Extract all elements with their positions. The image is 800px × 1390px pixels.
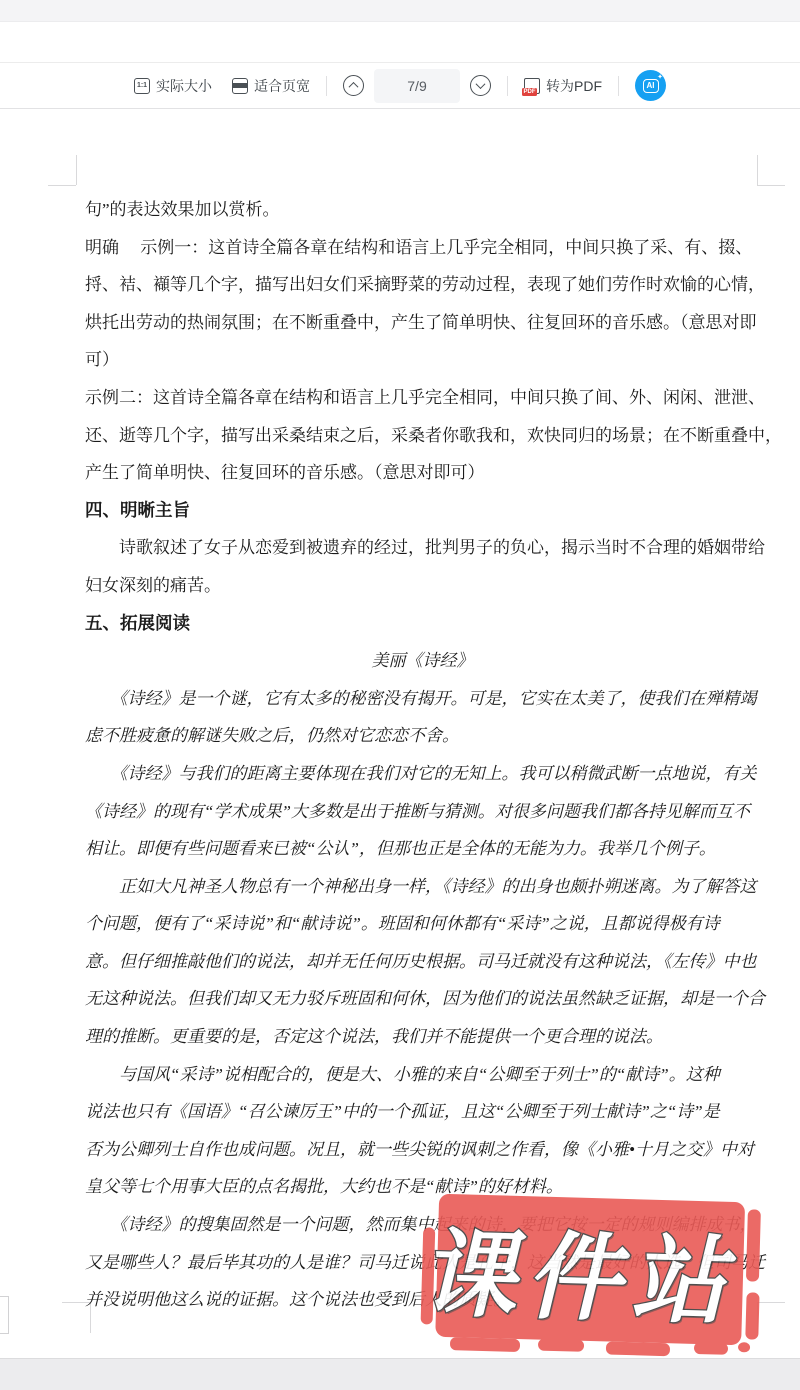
text-line: 说法也只有《国语》“召公谏厉王”中的一个孤证，且这“公卿至于列士献诗”之“诗”是: [85, 1093, 760, 1131]
text-line: 诗歌叙述了女子从恋爱到被遗弃的经过，批判男子的负心，揭示当时不合理的婚姻带给: [85, 529, 760, 567]
fit-width-icon: [232, 78, 248, 94]
toolbar-divider: [507, 76, 508, 96]
text-line: 还、逝等几个字，描写出采桑结束之后，采桑者你歌我和，欢快同归的场景；在不断重叠中…: [85, 417, 760, 455]
document-page: 句”的表达效果加以赏析。明确 示例一：这首诗全篇各章在结构和语言上几乎完全相同，…: [0, 110, 800, 1358]
ai-icon: AI: [643, 79, 659, 93]
next-page-button[interactable]: [470, 75, 491, 96]
pdf-badge: PDF: [522, 88, 537, 96]
text-line: 否为公卿列士自作也成问题。况且，就一些尖锐的讽刺之作看，像《小雅•十月之交》中对: [85, 1131, 760, 1169]
text-line: 与国风“采诗”说相配合的，便是大、小雅的来自“公卿至于列士”的“献诗”。这种: [85, 1056, 760, 1094]
page-corner-mark: [755, 157, 785, 187]
text-line: 明确 示例一：这首诗全篇各章在结构和语言上几乎完全相同，中间只换了采、有、掇、: [85, 229, 760, 267]
text-line: 《诗经》与我们的距离主要体现在我们对它的无知上。我可以稍微武断一点地说，有关: [85, 755, 760, 793]
text-line: 句”的表达效果加以赏析。: [85, 191, 760, 229]
text-line: 产生了简单明快、往复回环的音乐感。（意思对即可）: [85, 454, 760, 492]
actual-size-button[interactable]: 1:1 实际大小: [134, 76, 212, 96]
prev-page-button[interactable]: [343, 75, 364, 96]
page-gap: [0, 1358, 800, 1390]
text-line: 烘托出劳动的热闹氛围；在不断重叠中，产生了简单明快、往复回环的音乐感。（意思对即: [85, 304, 760, 342]
text-line: 四、明晰主旨: [85, 492, 760, 530]
viewer-toolbar: 1:1 实际大小 适合页宽 7/9 PDF 转为PDF: [0, 62, 800, 109]
text-line: 意。但仔细推敲他们的说法，却并无任何历史根据。司马迁就没有这种说法，《左传》中也: [85, 943, 760, 981]
actual-size-icon: 1:1: [134, 78, 150, 94]
fit-width-label: 适合页宽: [254, 76, 310, 96]
text-line: 可）: [85, 341, 760, 379]
page-indicator-value: 7/9: [407, 78, 426, 94]
text-line: 个问题，便有了“采诗说”和“献诗说”。班固和何休都有“采诗”之说，且都说得极有诗: [85, 905, 760, 943]
text-line: 《诗经》的现有“学术成果”大多数是出于推断与猜测。对很多问题我们都各持见解而互不: [85, 793, 760, 831]
convert-to-pdf-button[interactable]: PDF 转为PDF: [524, 76, 602, 96]
stamp-text: 课件站: [406, 1201, 769, 1340]
page-corner-mark: [48, 157, 78, 187]
one-to-one-label: 1:1: [137, 82, 147, 89]
toolbar-group: 1:1 实际大小 适合页宽 7/9 PDF 转为PDF: [134, 69, 666, 103]
text-line: 《诗经》是一个谜，它有太多的秘密没有揭开。可是，它实在太美了，使我们在殚精竭: [85, 680, 760, 718]
pdf-document-icon: PDF: [524, 78, 540, 94]
fit-width-button[interactable]: 适合页宽: [232, 76, 310, 96]
left-edge-notch: [0, 1296, 9, 1334]
text-line: 五、拓展阅读: [85, 605, 760, 643]
toolbar-divider: [618, 76, 619, 96]
window-top-strip: [0, 0, 800, 22]
actual-size-label: 实际大小: [156, 76, 212, 96]
text-line: 妇女深刻的痛苦。: [85, 567, 760, 605]
text-line: 美丽《诗经》: [85, 642, 760, 680]
watermark-stamp: 课件站: [420, 1192, 762, 1358]
convert-to-pdf-label: 转为PDF: [546, 76, 602, 96]
text-line: 无这种说法。但我们却又无力驳斥班固和何休，因为他们的说法虽然缺乏证据，却是一个合: [85, 980, 760, 1018]
text-line: 正如大凡神圣人物总有一个神秘出身一样，《诗经》的出身也颇扑朔迷离。为了解答这: [85, 868, 760, 906]
sparkle-icon: ✦: [657, 74, 663, 81]
text-line: 相让。即便有些问题看来已被“公认”，但那也正是全体的无能为力。我举几个例子。: [85, 830, 760, 868]
page-indicator[interactable]: 7/9: [374, 69, 460, 103]
toolbar-divider: [326, 76, 327, 96]
chevron-down-icon: [476, 79, 486, 89]
ai-assistant-button[interactable]: AI ✦: [635, 70, 666, 101]
text-line: 虑不胜疲惫的解谜失败之后，仍然对它恋恋不舍。: [85, 717, 760, 755]
text-line: 示例二：这首诗全篇各章在结构和语言上几乎完全相同，中间只换了间、外、闲闲、泄泄、: [85, 379, 760, 417]
document-text: 句”的表达效果加以赏析。明确 示例一：这首诗全篇各章在结构和语言上几乎完全相同，…: [85, 191, 760, 1319]
text-line: 理的推断。更重要的是，否定这个说法，我们并不能提供一个更合理的说法。: [85, 1018, 760, 1056]
chevron-up-icon: [349, 82, 359, 92]
text-line: 捋、袺、襭等几个字，描写出妇女们采摘野菜的劳动过程，表现了她们劳作时欢愉的心情，: [85, 266, 760, 304]
